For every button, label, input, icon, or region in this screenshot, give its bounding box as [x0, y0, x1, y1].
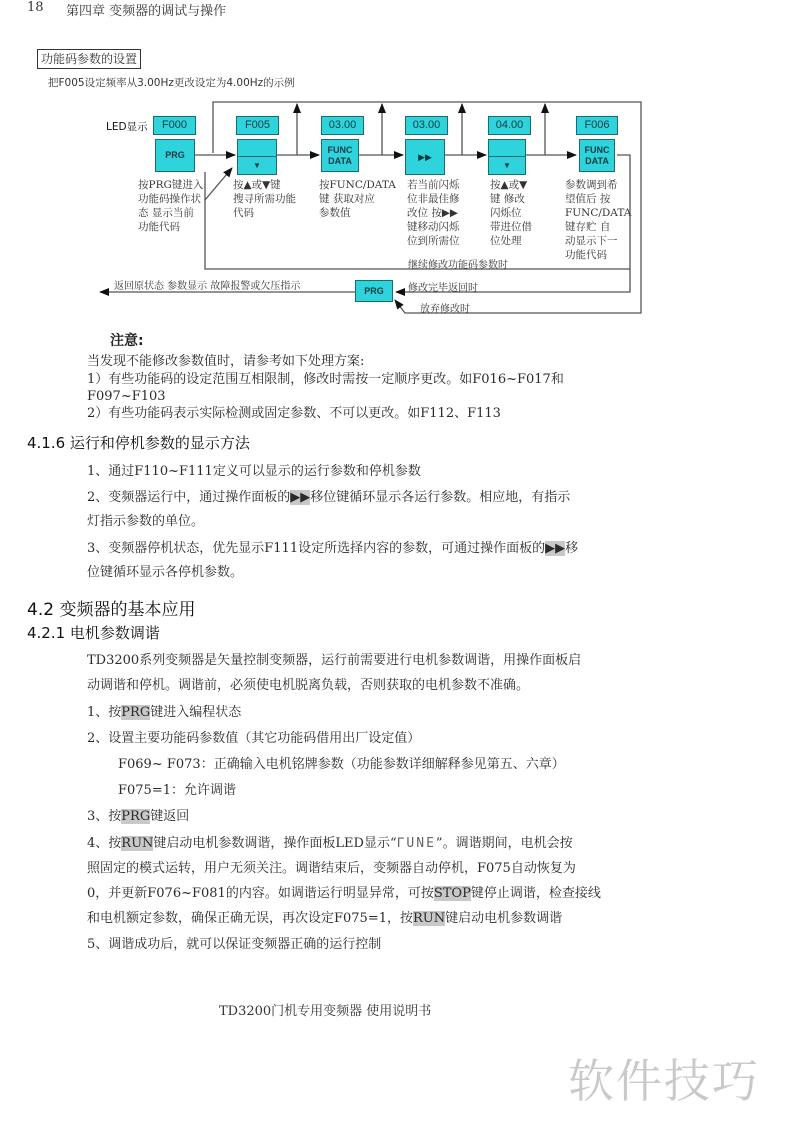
tuning-step2-sub2: F075=1：允许调谐	[118, 778, 236, 804]
tuning-step2-sub1: F069~ F073：正确输入电机铭牌参数（功能参数详细解释参见第五、六章）	[118, 752, 565, 778]
tuning-step4: 4、按RUN键启动电机参数调谐，操作面板LED显示“ΓUNE”。调谐期间，电机会…	[87, 831, 573, 857]
note-item1-cont: F097~F103	[87, 388, 166, 405]
tuning-step4-line4: 和电机额定参数，确保正确无误，再次设定F075=1，按RUN键启动电机参数调谐	[87, 906, 562, 932]
shift-key-inline: ▶▶	[290, 490, 310, 505]
down-key-step2: ▼	[237, 139, 277, 175]
shift-key-step4: ▶▶	[405, 139, 445, 175]
note-item2: 2）有些功能码表示实际检测或固定参数、不可以更改。如F112、F113	[87, 405, 501, 422]
return-states-label: 返回原状态 参数显示 故障报警或欠压指示	[114, 277, 300, 292]
led-display-step6: F006	[576, 116, 618, 135]
prg-return-key: PRG	[355, 280, 393, 302]
note-intro: 当发现不能修改参数值时，请参考如下处理方案:	[87, 353, 364, 370]
led-display-step2: F005	[236, 116, 279, 135]
prg-key-inline: PRG	[121, 705, 150, 720]
prg-key: PRG	[155, 139, 195, 172]
led-display-step5: 04.00	[488, 116, 531, 135]
page-footer: TD3200门机专用变频器 使用说明书	[219, 1000, 431, 1019]
section-4-1-6-item3: 3、变频器停机状态，优先显示F111设定所选择内容的参数，可通过操作面板的▶▶移	[87, 536, 578, 562]
section-4-1-6-item1: 1、通过F110~F111定义可以显示的运行参数和停机参数	[87, 459, 421, 485]
abandon-label: 放弃修改时	[420, 300, 470, 315]
step5-description: 按▲或▼ 键 修改 闪烁位 带进位借 位处理	[490, 178, 532, 248]
tuning-step4-line2: 照固定的模式运转，用户无须关注。调谐结束后，变频器自动停机，F075自动恢复为	[87, 856, 576, 882]
tuning-step4-line3: 0，并更新F076~F081的内容。如调谐运行明显异常，可按STOP键停止调谐，…	[87, 881, 601, 907]
step3-description: 按FUNC/DATA 键 获取对应 参数值	[319, 178, 396, 220]
stop-key-inline: STOP	[434, 886, 471, 901]
run-key-inline: RUN	[413, 911, 445, 926]
tuning-step2: 2、设置主要功能码参数值（其它功能码借用出厂设定值）	[87, 726, 420, 752]
step2-description: 按▲或▼键 搜寻所需功能 代码	[233, 178, 296, 220]
continue-modify-label: 继续修改功能码参数时	[408, 256, 508, 271]
tuning-step5: 5、调谐成功后，就可以保证变频器正确的运行控制	[87, 932, 381, 958]
step1-description: 按PRG键进入 功能码操作状 态 显示当前 功能代码	[138, 178, 203, 234]
led-display-step1: F000	[153, 116, 196, 135]
section-4-2-1-intro: TD3200系列变频器是矢量控制变频器，运行前需要进行电机参数调谐，用操作面板启	[87, 648, 581, 674]
section-4-2-heading: 4.2 变频器的基本应用	[27, 595, 195, 620]
led-display-step3: 03.00	[321, 116, 364, 135]
section-4-1-6-item2-cont: 灯指示参数的单位。	[87, 509, 204, 535]
tune-display-text: ΓUNE	[397, 836, 436, 851]
section-4-1-6-heading: 4.1.6 运行和停机参数的显示方法	[27, 432, 250, 453]
prg-key-inline: PRG	[121, 809, 150, 824]
tuning-step1: 1、按PRG键进入编程状态	[87, 700, 241, 726]
down-key-step5: ▼	[488, 139, 526, 175]
tuning-step3: 3、按PRG键返回	[87, 804, 189, 830]
func-data-key-step3: FUNC DATA	[321, 139, 359, 172]
return-done-label: 修改完毕返回时	[408, 279, 478, 294]
run-key-inline: RUN	[121, 836, 153, 851]
watermark: 软件技巧	[568, 1045, 760, 1111]
step4-description: 若当前闪烁 位非最佳修 改位 按▶▶ 键移动闪烁 位到所需位	[407, 178, 460, 248]
note-title: 注意:	[110, 330, 144, 350]
shift-key-inline: ▶▶	[545, 541, 565, 556]
section-4-2-1-intro-cont: 动调谐和停机。调谐前，必须使电机脱离负载，否则获取的电机参数不准确。	[87, 673, 529, 699]
step6-description: 参数调到希 望值后 按 FUNC/DATA 键存贮 自 动显示下一 功能代码	[565, 178, 631, 262]
section-4-1-6-item3-cont: 位键循环显示各停机参数。	[87, 560, 243, 586]
section-4-1-6-item2: 2、变频器运行中，通过操作面板的▶▶移位键循环显示各运行参数。相应地，有指示	[87, 485, 570, 511]
section-4-2-1-heading: 4.2.1 电机参数调谐	[27, 622, 160, 643]
led-display-step4: 03.00	[405, 116, 448, 135]
note-item1: 1）有些功能码的设定范围互相限制，修改时需按一定顺序更改。如F016~F017和	[87, 371, 564, 388]
func-data-key-step6: FUNC DATA	[579, 139, 615, 172]
